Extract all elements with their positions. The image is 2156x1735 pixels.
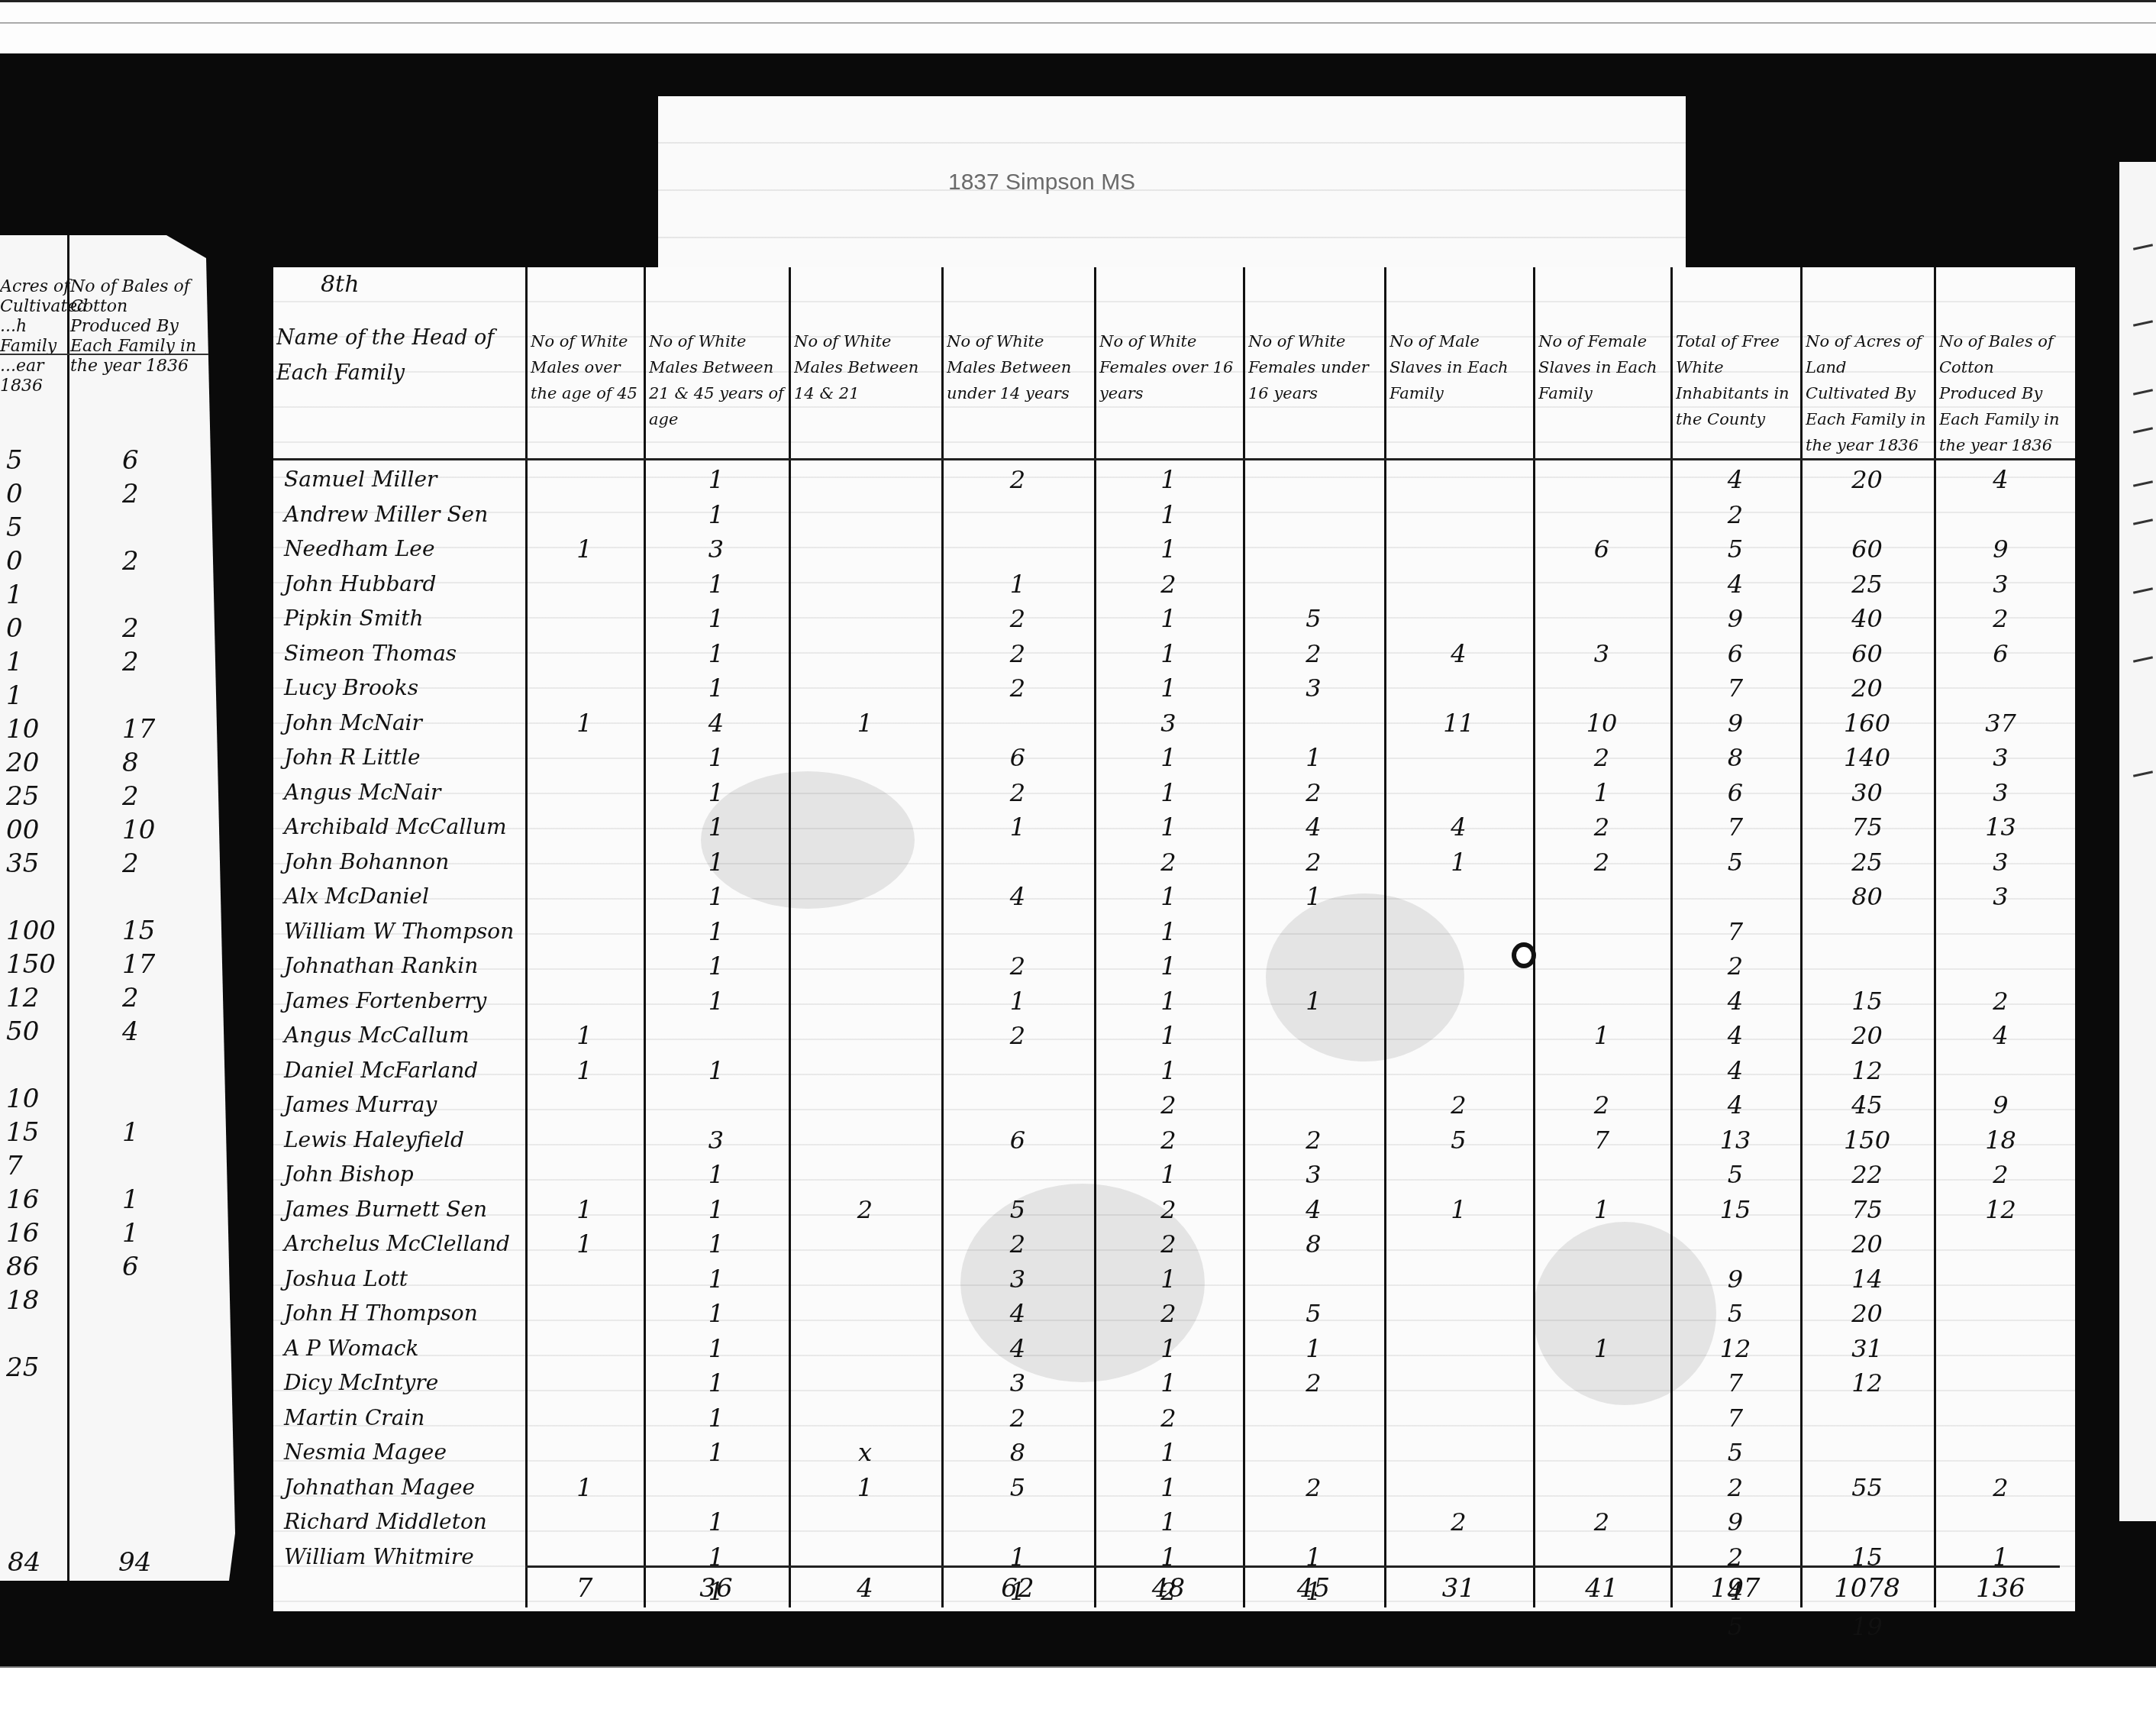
cell-acres_cotton: 14 — [1800, 1262, 1934, 1297]
head-of-family-name: Alx McDaniel — [273, 879, 536, 914]
head-of-family-name: James Murray — [273, 1087, 536, 1123]
cell-acres_cotton: 45 — [1800, 1087, 1934, 1123]
head-of-family-name: William W Thompson — [273, 914, 536, 949]
cell-wm_over_45 — [525, 1365, 644, 1401]
cell-acres_cotton: 20 — [1800, 1018, 1934, 1053]
cell-bales_cotton — [1934, 1226, 2067, 1262]
left-acres-cell: 150 — [6, 947, 56, 982]
cell-total_free_white: 9 — [1670, 706, 1800, 741]
cell-wf_over_16: 1 — [1094, 497, 1243, 532]
cell-wm_under_14: 2 — [941, 670, 1094, 706]
cell-acres_cotton: 160 — [1800, 706, 1934, 741]
head-of-family-name: Dicy McIntyre — [273, 1365, 536, 1401]
cell-acres_cotton: 30 — [1800, 775, 1934, 810]
cell-female_slaves: 1 — [1533, 775, 1670, 810]
cell-bales_cotton — [1934, 1435, 2067, 1470]
census-row: Johnathan Magee115122552 — [273, 1470, 2075, 1505]
census-row: Pipkin Smith12159402 — [273, 601, 2075, 636]
cell-wf_under_16: 3 — [1243, 1157, 1384, 1192]
cell-total_free_white: 4 — [1670, 1053, 1800, 1088]
head-of-family-name: Needham Lee — [273, 531, 536, 567]
cell-wm_21_45: 1 — [644, 1331, 789, 1366]
head-of-family-name: Archibald McCallum — [273, 809, 536, 845]
cell-wm_21_45 — [644, 1470, 789, 1505]
total-wf_under_16: 45 — [1243, 1569, 1384, 1607]
cell-wm_21_45 — [644, 1018, 789, 1053]
cell-female_slaves: 2 — [1533, 845, 1670, 880]
head-of-family-name: John Bohannon — [273, 845, 536, 880]
cell-bales_cotton: 4 — [1934, 1018, 2067, 1053]
cell-bales_cotton: 18 — [1934, 1123, 2067, 1158]
cell-wf_over_16: 1 — [1094, 948, 1243, 984]
cell-wm_under_14: 1 — [941, 809, 1094, 845]
cell-wf_over_16 — [1094, 1609, 1243, 1644]
cell-acres_cotton: 75 — [1800, 1192, 1934, 1227]
cell-total_free_white: 4 — [1670, 1087, 1800, 1123]
totals-rule — [525, 1565, 2060, 1568]
cell-total_free_white: 7 — [1670, 914, 1800, 949]
cell-acres_cotton — [1800, 1504, 1934, 1540]
left-bales-cell: 1 — [122, 1115, 139, 1150]
head-of-family-name: Angus McNair — [273, 775, 536, 810]
cell-bales_cotton: 2 — [1934, 1157, 2067, 1192]
cell-female_slaves — [1533, 1053, 1670, 1088]
cell-bales_cotton — [1934, 1262, 2067, 1297]
left-acres-cell: 1 — [6, 577, 23, 612]
handwriting-mark — [2133, 587, 2153, 593]
cell-wm_under_14: 2 — [941, 636, 1094, 671]
census-row: Martin Crain1227 — [273, 1401, 2075, 1436]
cell-wf_over_16: 1 — [1094, 1435, 1243, 1470]
cell-male_slaves — [1384, 1435, 1533, 1470]
cell-male_slaves — [1384, 601, 1533, 636]
header-rule — [273, 458, 2075, 460]
cell-acres_cotton: 55 — [1800, 1470, 1934, 1505]
census-row: John McNair14131110916037 — [273, 706, 2075, 741]
left-acres-cell: 10 — [6, 1081, 39, 1116]
census-row: Needham Lee13165609 — [273, 531, 2075, 567]
cell-wf_over_16: 1 — [1094, 914, 1243, 949]
left-acres-cell: 35 — [6, 846, 39, 881]
left-bales-cell: 2 — [122, 645, 139, 680]
cell-wm_over_45 — [525, 601, 644, 636]
cell-wm_over_45 — [525, 1087, 644, 1123]
cell-acres_cotton — [1800, 948, 1934, 984]
cell-wm_14_21 — [789, 1504, 941, 1540]
cell-wm_14_21 — [789, 497, 941, 532]
cell-wm_21_45: 1 — [644, 984, 789, 1019]
cell-wm_21_45 — [644, 1087, 789, 1123]
top-rule — [0, 22, 2156, 24]
cell-wm_under_14: 6 — [941, 740, 1094, 775]
left-acres-cell: 50 — [6, 1014, 39, 1049]
head-of-family-name: John H Thompson — [273, 1296, 536, 1331]
cell-wm_under_14: 4 — [941, 879, 1094, 914]
census-page: 8th Name of the Head of Each FamilyNo of… — [273, 267, 2075, 1611]
cell-wf_under_16 — [1243, 1087, 1384, 1123]
head-of-family-name: Samuel Miller — [273, 462, 536, 497]
cell-wm_over_45 — [525, 1504, 644, 1540]
cell-wm_21_45: 1 — [644, 740, 789, 775]
cell-wm_over_45 — [525, 670, 644, 706]
cell-acres_cotton: 60 — [1800, 531, 1934, 567]
cell-acres_cotton — [1800, 914, 1934, 949]
cell-wf_over_16: 3 — [1094, 706, 1243, 741]
cell-wm_21_45: 1 — [644, 567, 789, 602]
cell-male_slaves — [1384, 1365, 1533, 1401]
cell-female_slaves — [1533, 462, 1670, 497]
cell-wm_14_21 — [789, 948, 941, 984]
cell-wf_over_16: 1 — [1094, 1018, 1243, 1053]
top-bar — [0, 0, 2156, 56]
cell-total_free_white — [1670, 879, 1800, 914]
cell-female_slaves — [1533, 1470, 1670, 1505]
cell-wm_under_14 — [941, 706, 1094, 741]
left-acres-cell: 25 — [6, 1350, 39, 1385]
cell-wf_under_16 — [1243, 1504, 1384, 1540]
cell-bales_cotton — [1934, 1365, 2067, 1401]
cell-wm_under_14: 2 — [941, 1401, 1094, 1436]
handwriting-mark — [2133, 519, 2153, 525]
census-row: Dicy McIntyre1312712 — [273, 1365, 2075, 1401]
document-title-watermark: 1837 Simpson MS — [948, 170, 1135, 195]
head-of-family-name: John Bishop — [273, 1157, 536, 1192]
handwriting-mark — [2133, 320, 2153, 326]
cell-bales_cotton: 3 — [1934, 740, 2067, 775]
totals-row: 736462484531411971078136 — [273, 1569, 2075, 1607]
cell-wm_under_14 — [941, 1087, 1094, 1123]
cell-wm_14_21 — [789, 1296, 941, 1331]
left-bales-cell: 2 — [122, 611, 139, 646]
cell-wm_21_45: 1 — [644, 462, 789, 497]
cell-acres_cotton: 60 — [1800, 636, 1934, 671]
census-row: Johnathan Rankin1212 — [273, 948, 2075, 984]
cell-male_slaves: 11 — [1384, 706, 1533, 741]
cell-wm_under_14: 2 — [941, 462, 1094, 497]
total-wm_under_14: 62 — [941, 1569, 1094, 1607]
cell-wm_21_45: 1 — [644, 497, 789, 532]
cell-wm_21_45: 1 — [644, 1053, 789, 1088]
left-total-bales: 94 — [118, 1545, 151, 1580]
cell-wm_21_45 — [644, 1609, 789, 1644]
cell-wm_under_14: 1 — [941, 567, 1094, 602]
handwriting-mark — [2133, 656, 2153, 662]
cell-bales_cotton: 2 — [1934, 1470, 2067, 1505]
cell-wm_over_45 — [525, 879, 644, 914]
cell-wm_over_45 — [525, 1401, 644, 1436]
cell-bales_cotton: 37 — [1934, 706, 2067, 741]
cell-acres_cotton: 31 — [1800, 1331, 1934, 1366]
column-header-total_free_white: Total of Free White Inhabitants in the C… — [1676, 328, 1797, 454]
cell-wm_21_45: 1 — [644, 1192, 789, 1227]
cell-wm_under_14: 8 — [941, 1435, 1094, 1470]
cell-acres_cotton: 75 — [1800, 809, 1934, 845]
column-header-wm_14_21: No of White Males Between 14 & 21 — [794, 328, 938, 454]
cell-wm_over_45 — [525, 984, 644, 1019]
cell-wf_over_16: 1 — [1094, 1504, 1243, 1540]
cell-female_slaves: 2 — [1533, 740, 1670, 775]
left-acres-cell: 18 — [6, 1283, 39, 1318]
cell-wf_under_16: 1 — [1243, 1331, 1384, 1366]
cell-male_slaves — [1384, 1401, 1533, 1436]
cell-wf_over_16: 1 — [1094, 670, 1243, 706]
water-stain — [701, 771, 915, 909]
cell-acres_cotton: 20 — [1800, 670, 1934, 706]
census-row: Lewis Haleyfield3622571315018 — [273, 1123, 2075, 1158]
cell-wm_14_21 — [789, 740, 941, 775]
left-acres-cell: 25 — [6, 779, 39, 814]
cell-wf_under_16 — [1243, 1609, 1384, 1644]
total-wm_14_21: 4 — [789, 1569, 941, 1607]
handwriting-mark — [2133, 771, 2153, 777]
cell-wm_14_21 — [789, 1018, 941, 1053]
cell-total_free_white: 5 — [1670, 1157, 1800, 1192]
cell-acres_cotton: 12 — [1800, 1053, 1934, 1088]
left-acres-cell: 12 — [6, 981, 39, 1016]
column-header-wf_over_16: No of White Females over 16 years — [1099, 328, 1240, 454]
cell-acres_cotton: 12 — [1800, 1365, 1934, 1401]
cell-wf_over_16: 1 — [1094, 462, 1243, 497]
water-stain — [960, 1184, 1205, 1382]
census-row: William W Thompson117 — [273, 914, 2075, 949]
cell-total_free_white: 7 — [1670, 670, 1800, 706]
left-bales-cell: 2 — [122, 981, 139, 1016]
cell-female_slaves — [1533, 497, 1670, 532]
cell-male_slaves: 4 — [1384, 636, 1533, 671]
head-of-family-name: John Hubbard — [273, 567, 536, 602]
cell-male_slaves: 4 — [1384, 809, 1533, 845]
cell-wm_over_45: 1 — [525, 1192, 644, 1227]
left-bales-cell: 17 — [122, 947, 155, 982]
cell-wm_14_21 — [789, 601, 941, 636]
left-bales-cell: 15 — [122, 913, 155, 948]
cell-wf_over_16: 1 — [1094, 601, 1243, 636]
cell-acres_cotton: 20 — [1800, 1296, 1934, 1331]
cell-wm_over_45: 1 — [525, 531, 644, 567]
column-header-acres_cotton: No of Acres of Land Cultivated By Each F… — [1806, 328, 1931, 454]
cell-wm_14_21 — [789, 531, 941, 567]
head-of-family-name: Daniel McFarland — [273, 1053, 536, 1088]
cell-total_free_white: 2 — [1670, 948, 1800, 984]
cell-female_slaves: 7 — [1533, 1123, 1670, 1158]
cell-male_slaves — [1384, 1470, 1533, 1505]
header-paper-extension — [658, 96, 1686, 272]
left-bales-cell: 8 — [122, 745, 139, 780]
head-of-family-name: Johnathan Rankin — [273, 948, 536, 984]
cell-acres_cotton: 150 — [1800, 1123, 1934, 1158]
cell-wm_14_21 — [789, 1401, 941, 1436]
left-bales-cell: 1 — [122, 1216, 139, 1251]
census-row: Nesmia Magee1x815 — [273, 1435, 2075, 1470]
head-of-family-name: James Fortenberry — [273, 984, 536, 1019]
cell-wm_21_45: 1 — [644, 601, 789, 636]
cell-wm_21_45: 1 — [644, 1262, 789, 1297]
cell-total_free_white: 7 — [1670, 1401, 1800, 1436]
left-acres-cell: 100 — [6, 913, 56, 948]
cell-wm_14_21: 2 — [789, 1192, 941, 1227]
left-total-acres: 84 — [8, 1545, 40, 1580]
cell-acres_cotton: 25 — [1800, 567, 1934, 602]
census-row: Samuel Miller1214204 — [273, 462, 2075, 497]
cell-wm_under_14 — [941, 914, 1094, 949]
left-bales-cell: 4 — [122, 1014, 139, 1049]
cell-wm_14_21 — [789, 670, 941, 706]
handwriting-mark — [2133, 427, 2153, 433]
cell-acres_cotton: 15 — [1800, 984, 1934, 1019]
cell-bales_cotton — [1934, 1331, 2067, 1366]
cell-wf_under_16: 5 — [1243, 1296, 1384, 1331]
census-row: James Fortenberry11114152 — [273, 984, 2075, 1019]
cell-female_slaves: 10 — [1533, 706, 1670, 741]
cell-acres_cotton: 20 — [1800, 462, 1934, 497]
cell-wm_21_45: 4 — [644, 706, 789, 741]
head-of-family-name: Simeon Thomas — [273, 636, 536, 671]
cell-wf_over_16: 1 — [1094, 1053, 1243, 1088]
cell-wf_over_16: 1 — [1094, 531, 1243, 567]
left-acres-cell: 0 — [6, 611, 23, 646]
cell-male_slaves — [1384, 670, 1533, 706]
cell-wm_under_14: 5 — [941, 1470, 1094, 1505]
cell-female_slaves: 1 — [1533, 1018, 1670, 1053]
census-row: John Hubbard1124253 — [273, 567, 2075, 602]
cell-female_slaves: 1 — [1533, 1192, 1670, 1227]
cell-female_slaves — [1533, 601, 1670, 636]
census-row: Andrew Miller Sen112 — [273, 497, 2075, 532]
cell-wm_over_45 — [525, 1609, 644, 1644]
total-total_free_white: 197 — [1670, 1569, 1800, 1607]
cell-wm_under_14: 6 — [941, 1123, 1094, 1158]
cell-wf_under_16 — [1243, 462, 1384, 497]
cell-wm_14_21 — [789, 1157, 941, 1192]
cell-wf_over_16: 1 — [1094, 1470, 1243, 1505]
cell-total_free_white: 7 — [1670, 809, 1800, 845]
census-row: Daniel McFarland111412 — [273, 1053, 2075, 1088]
cell-male_slaves — [1384, 462, 1533, 497]
water-stain — [1533, 1222, 1716, 1405]
left-acres-cell: 86 — [6, 1249, 39, 1284]
right-partial-page — [2119, 162, 2156, 1521]
cell-wf_over_16: 1 — [1094, 879, 1243, 914]
column-header-wm_over_45: No of White Males over the age of 45 — [531, 328, 641, 454]
cell-wm_21_45: 1 — [644, 1401, 789, 1436]
head-of-family-name: Archelus McClelland — [273, 1226, 536, 1262]
cell-total_free_white: 4 — [1670, 984, 1800, 1019]
cell-bales_cotton — [1934, 914, 2067, 949]
cell-female_slaves — [1533, 1609, 1670, 1644]
total-bales_cotton: 136 — [1934, 1569, 2067, 1607]
cell-wm_14_21 — [789, 1123, 941, 1158]
cell-wf_over_16: 2 — [1094, 567, 1243, 602]
cell-male_slaves: 5 — [1384, 1123, 1533, 1158]
head-of-family-name: John McNair — [273, 706, 536, 741]
cell-male_slaves: 1 — [1384, 1192, 1533, 1227]
cell-acres_cotton: 40 — [1800, 601, 1934, 636]
total-wm_over_45: 7 — [525, 1569, 644, 1607]
cell-bales_cotton — [1934, 1296, 2067, 1331]
cell-wm_14_21 — [789, 1087, 941, 1123]
cell-total_free_white: 9 — [1670, 601, 1800, 636]
left-acres-cell: 16 — [6, 1182, 39, 1217]
cell-wm_14_21 — [789, 1226, 941, 1262]
cell-wm_over_45 — [525, 462, 644, 497]
census-row: Angus McNair121216303 — [273, 775, 2075, 810]
cell-female_slaves — [1533, 914, 1670, 949]
cell-wm_over_45 — [525, 1262, 644, 1297]
cell-bales_cotton: 4 — [1934, 462, 2067, 497]
census-row: Simeon Thomas1212436606 — [273, 636, 2075, 671]
cell-male_slaves — [1384, 1226, 1533, 1262]
cell-acres_cotton — [1800, 1401, 1934, 1436]
left-column-divider — [67, 235, 69, 1581]
left-acres-cell: 0 — [6, 477, 23, 512]
cell-wm_over_45: 1 — [525, 1226, 644, 1262]
cell-total_free_white: 2 — [1670, 497, 1800, 532]
left-acres-cell: 15 — [6, 1115, 39, 1150]
cell-female_slaves: 2 — [1533, 1087, 1670, 1123]
cell-wf_under_16 — [1243, 1401, 1384, 1436]
cell-wm_14_21 — [789, 984, 941, 1019]
cell-male_slaves — [1384, 497, 1533, 532]
cell-total_free_white: 4 — [1670, 567, 1800, 602]
cell-total_free_white: 2 — [1670, 1470, 1800, 1505]
cell-wm_21_45: 1 — [644, 1435, 789, 1470]
cell-wm_over_45 — [525, 740, 644, 775]
cell-wm_under_14 — [941, 845, 1094, 880]
cell-wm_21_45: 1 — [644, 914, 789, 949]
left-bales-cell: 10 — [122, 813, 155, 848]
cell-total_free_white: 4 — [1670, 462, 1800, 497]
total-female_slaves: 41 — [1533, 1569, 1670, 1607]
cell-wm_14_21 — [789, 1331, 941, 1366]
total-acres_cotton: 1078 — [1800, 1569, 1934, 1607]
cell-wf_under_16: 4 — [1243, 809, 1384, 845]
left-acres-cell: 10 — [6, 712, 39, 747]
left-bales-cell: 2 — [122, 477, 139, 512]
head-of-family-name: Lucy Brooks — [273, 670, 536, 706]
left-acres-cell: 5 — [6, 510, 23, 545]
cell-total_free_white: 4 — [1670, 1018, 1800, 1053]
cell-male_slaves: 1 — [1384, 845, 1533, 880]
cell-wm_over_45 — [525, 775, 644, 810]
head-of-family-name: Johnathan Magee — [273, 1470, 536, 1505]
cell-acres_cotton: 20 — [1800, 1226, 1934, 1262]
cell-wf_over_16: 1 — [1094, 775, 1243, 810]
cell-bales_cotton: 9 — [1934, 1087, 2067, 1123]
cell-wm_21_45: 3 — [644, 1123, 789, 1158]
cell-wf_under_16: 2 — [1243, 1123, 1384, 1158]
cell-male_slaves — [1384, 1331, 1533, 1366]
cell-wf_under_16: 3 — [1243, 670, 1384, 706]
left-partial-page: Acres of Cultivated ...h Family ...ear 1… — [0, 235, 235, 1581]
cell-wm_21_45: 1 — [644, 1365, 789, 1401]
cell-acres_cotton — [1800, 497, 1934, 532]
cell-wm_over_45 — [525, 1296, 644, 1331]
cell-wf_under_16: 2 — [1243, 775, 1384, 810]
water-stain — [1266, 893, 1464, 1061]
cell-wf_under_16: 2 — [1243, 1365, 1384, 1401]
cell-acres_cotton: 140 — [1800, 740, 1934, 775]
cell-male_slaves — [1384, 1296, 1533, 1331]
head-of-family-name: A P Womack — [273, 1331, 536, 1366]
head-of-family-name: Angus McCallum — [273, 1018, 536, 1053]
census-row: John R Little1611281403 — [273, 740, 2075, 775]
total-wf_over_16: 48 — [1094, 1569, 1243, 1607]
cell-wf_over_16: 1 — [1094, 984, 1243, 1019]
left-header-bales: No of Bales of Cotton Produced By Each F… — [70, 277, 208, 376]
cell-female_slaves: 6 — [1533, 531, 1670, 567]
cell-bales_cotton — [1934, 1609, 2067, 1644]
cell-male_slaves: 2 — [1384, 1504, 1533, 1540]
